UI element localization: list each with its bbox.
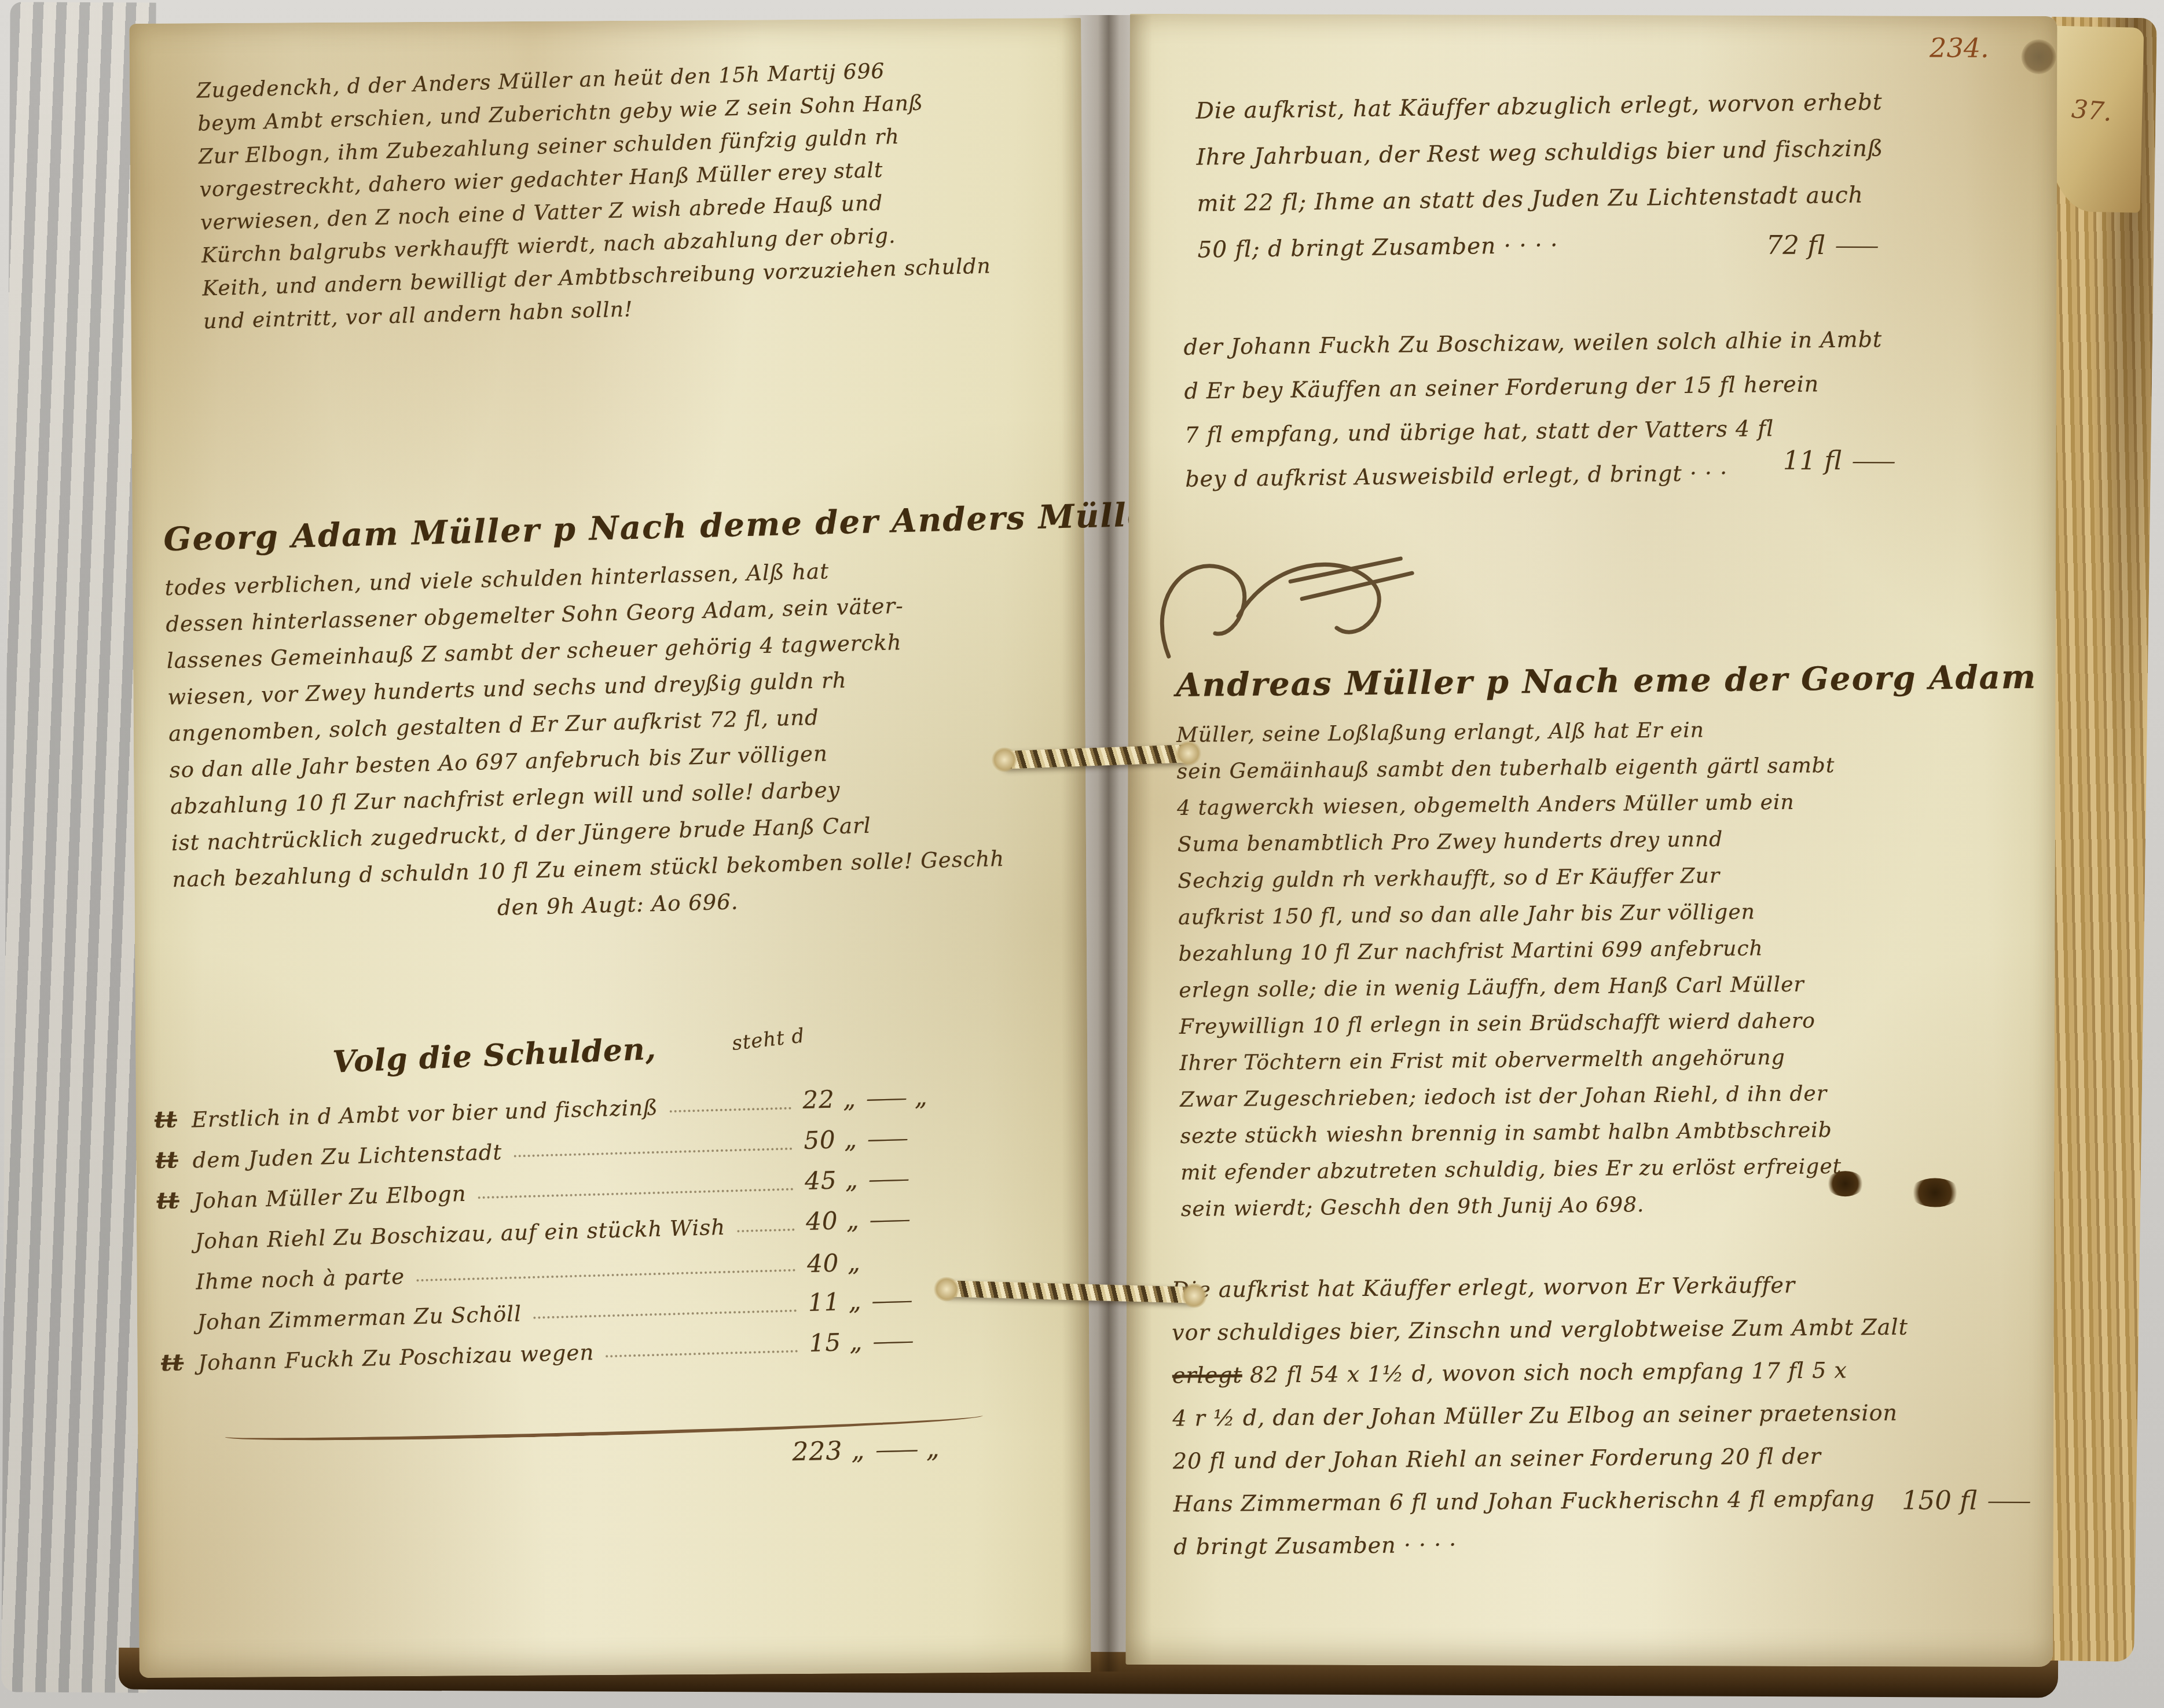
debt-list: tt Erstlich in d Ambt vor bier und fisch…: [154, 1070, 1018, 1376]
paid-mark: tt: [155, 1146, 193, 1174]
left-paragraph-1: Zugedenckh, d der Anders Müller an heüt …: [196, 50, 1037, 338]
debt-total: 223 „ ⸺ „: [792, 1427, 940, 1468]
next-page-corner: 37.: [2043, 25, 2144, 212]
struck-word: erlegt: [1172, 1362, 1242, 1389]
margin-sum-72fl: 72 fl ⸺: [1766, 224, 1877, 262]
manuscript-line: vor schuldiges bier, Zinschn und verglob…: [1172, 1305, 1994, 1354]
manuscript-line: Hans Zimmerman 6 fl und Johan Fuckherisc…: [1173, 1476, 1996, 1525]
dot-leader: [737, 1229, 794, 1233]
debt-amount: 50 „ ⸺: [803, 1118, 949, 1156]
entry-heading-rest: p Nach eme der Georg Adam: [1473, 658, 2037, 701]
schulden-heading: Volg die Schulden,: [332, 1031, 657, 1080]
debt-amount: 40 „ ⸺: [805, 1199, 951, 1237]
dot-leader: [478, 1188, 794, 1199]
debt-amount: 11 „ ⸺: [808, 1280, 953, 1318]
debt-amount: 45 „ ⸺: [804, 1158, 950, 1197]
schulden-column-header: steht d: [731, 1024, 806, 1055]
debt-amount: 22 „ ⸺ „: [802, 1077, 948, 1116]
paid-mark: tt: [156, 1187, 194, 1215]
manuscript-photo: 37. Zugedenckh, d der Anders Müller an h…: [0, 0, 2164, 1708]
debt-label: Johann Fuckh Zu Poschizau wegen: [198, 1340, 595, 1375]
dot-leader: [533, 1309, 797, 1318]
dot-leader: [606, 1350, 798, 1357]
entry-heading: Andreas Müller p Nach eme der Georg Adam: [1176, 659, 2010, 708]
manuscript-line: der Johann Fuckh Zu Boschizaw, weilen so…: [1183, 316, 1971, 369]
dot-leader: [670, 1107, 791, 1113]
manuscript-line: Die aufkrist hat Käuffer erlegt, worvon …: [1171, 1262, 1994, 1311]
paid-mark: tt: [154, 1105, 192, 1134]
entry-heading-name: Georg Adam Müller: [163, 511, 541, 559]
initial-flourish: [1151, 546, 1453, 674]
manuscript-line: 4 r ½ d, dan der Johan Müller Zu Elbog a…: [1172, 1390, 1995, 1439]
left-page: Zugedenckh, d der Anders Müller an heüt …: [129, 18, 1091, 1678]
debt-amount: 15 „ ⸺: [809, 1320, 955, 1359]
book-gutter-shadow: [1062, 15, 1152, 1672]
paid-mark: tt: [161, 1348, 199, 1376]
ink-blot: [1909, 1178, 1960, 1207]
manuscript-line-rest: 82 fl 54 x 1½ d, wovon sich noch empfang…: [1242, 1357, 1847, 1387]
debt-amount: 40 „: [806, 1246, 952, 1278]
left-entry-georg-adam-mueller: Georg Adam Müller p Nach deme der Anders…: [163, 499, 1054, 934]
margin-sum-150fl: 150 fl ⸺: [1902, 1479, 2030, 1517]
right-paragraph-4: Die aufkrist hat Käuffer erlegt, worvon …: [1171, 1262, 1996, 1568]
manuscript-line: erlegt 82 fl 54 x 1½ d, wovon sich noch …: [1172, 1347, 1995, 1397]
ink-blot: [1826, 1171, 1864, 1196]
manuscript-line: d bringt Zusamben · · · ·: [1173, 1519, 1996, 1568]
manuscript-line: sein wierdt; Geschh den 9th Junij Ao 698…: [1181, 1183, 2015, 1228]
ink-blot: [2021, 39, 2056, 74]
entry-heading-name: Andreas Müller: [1176, 663, 1474, 704]
manuscript-line: 20 fl und der Johan Riehl an seiner Ford…: [1173, 1433, 1996, 1482]
dot-leader: [514, 1148, 792, 1158]
right-page: 234. Die aufkrist, hat Käuffer abzuglich…: [1125, 14, 2057, 1667]
right-entry-andreas-mueller: Andreas Müller p Nach eme der Georg Adam…: [1176, 659, 2015, 1228]
page-number: 234.: [1930, 32, 1989, 64]
folio-number-edge: 37.: [2070, 94, 2113, 127]
margin-sum-11fl: 11 fl ⸺: [1783, 439, 1894, 477]
